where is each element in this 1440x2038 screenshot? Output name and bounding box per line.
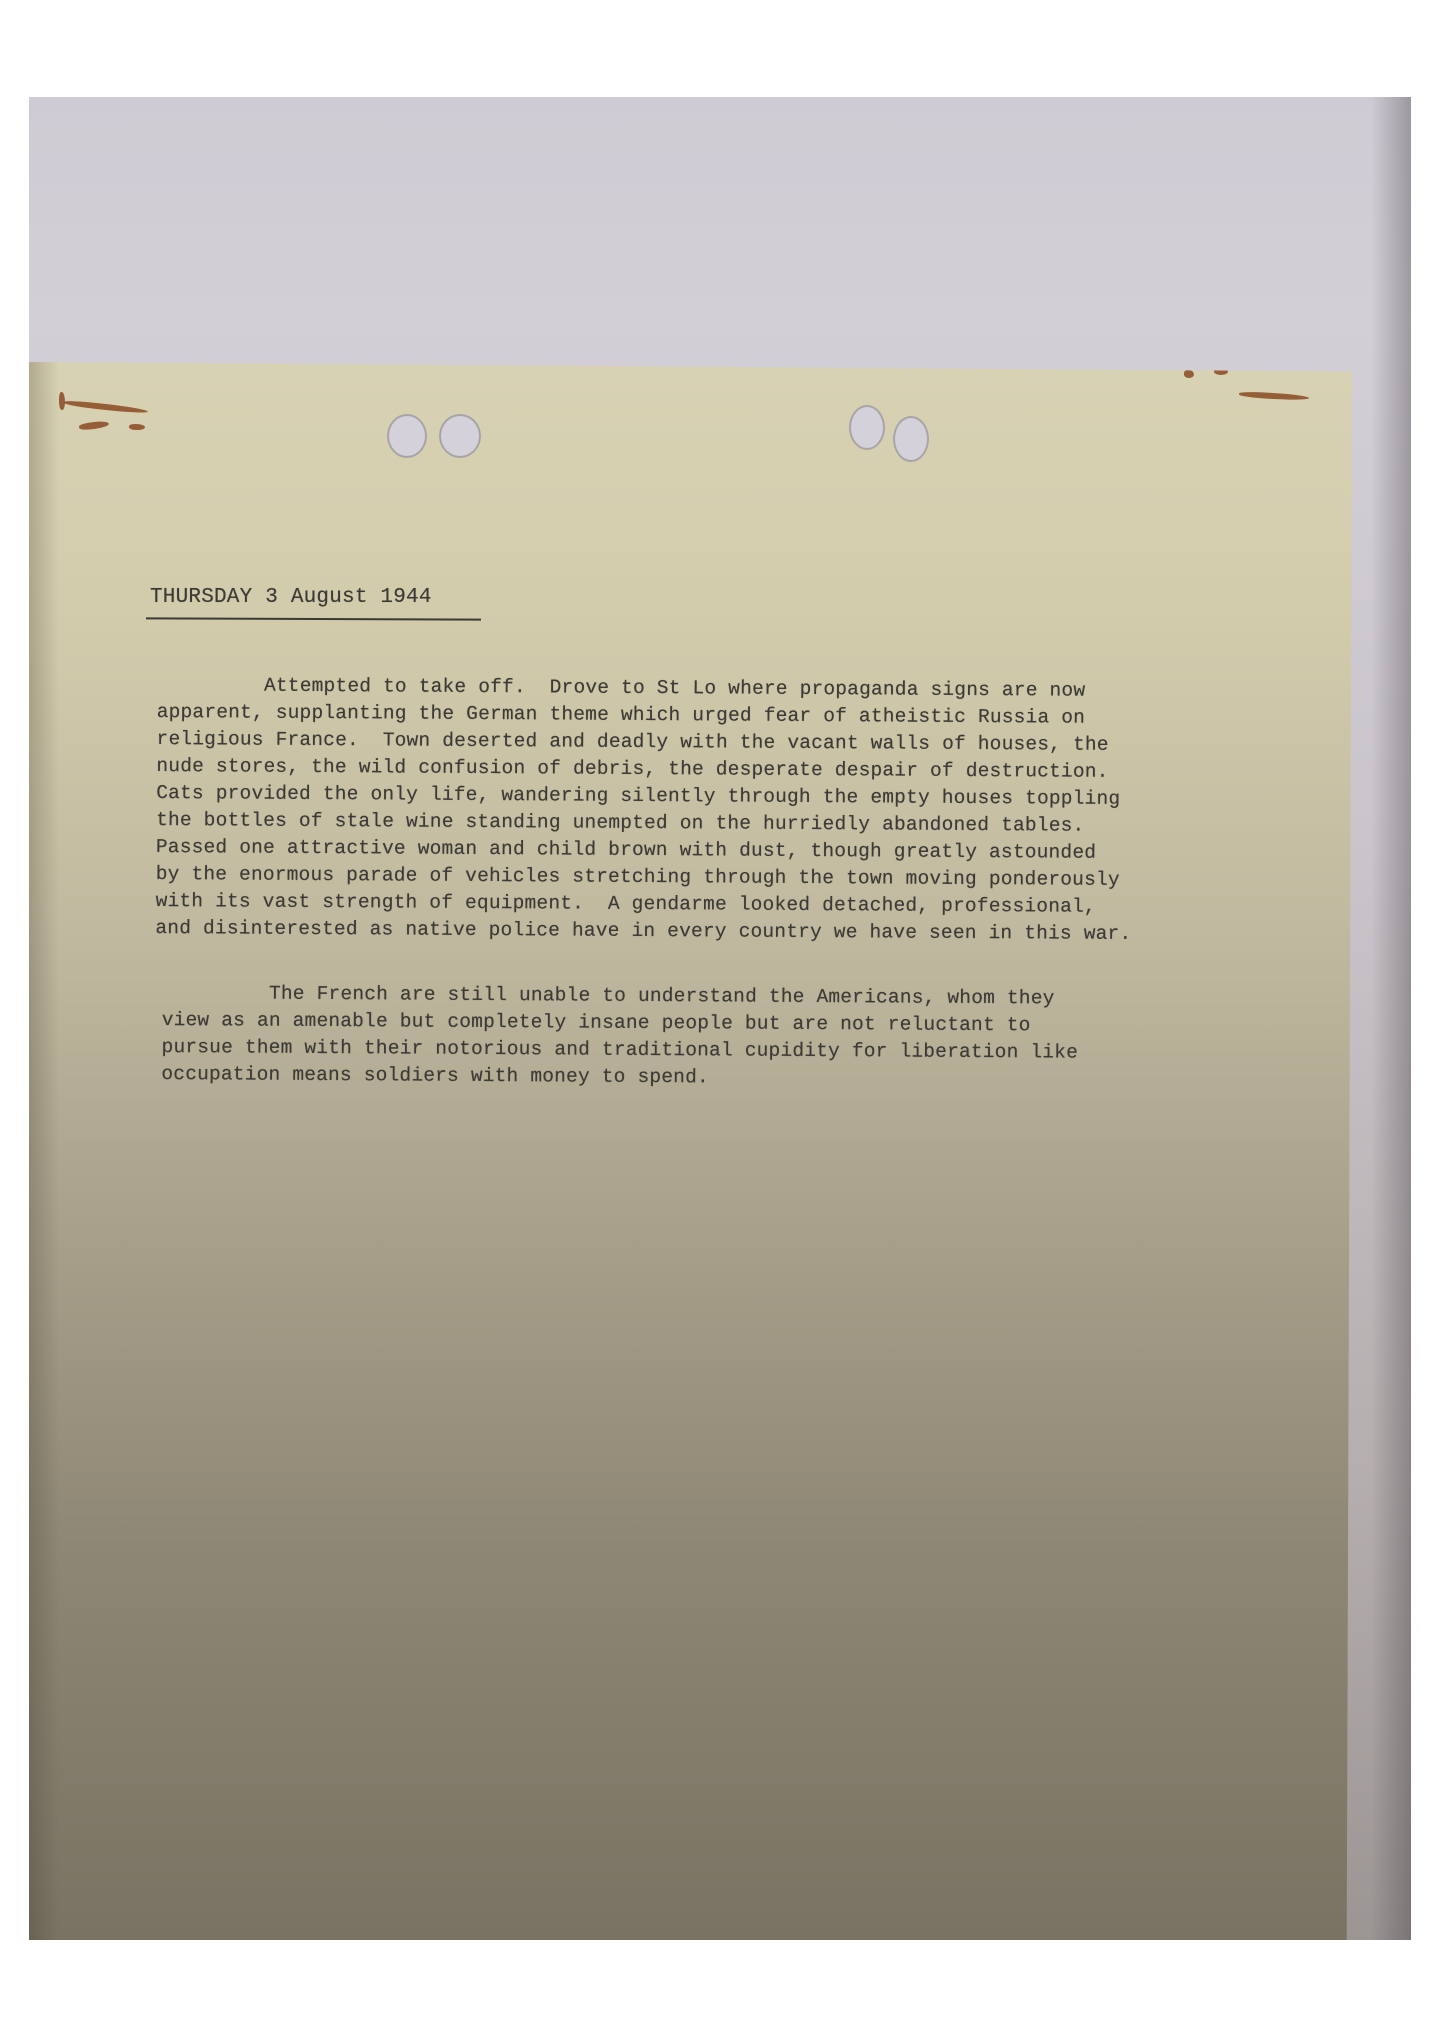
rust-stain-icon [79, 420, 110, 431]
text-line: occupation means soldiers with money to … [161, 1061, 709, 1090]
heading-underline [146, 617, 481, 620]
punch-hole-icon [893, 416, 929, 462]
rust-stain-icon [64, 400, 148, 415]
paragraph-2: The French are still unable to understan… [161, 980, 233, 1112]
rust-stain-icon [1184, 370, 1194, 378]
typed-page: THURSDAY 3 August 1944 Attempted to take… [29, 362, 1352, 1940]
paragraph-1: Attempted to take off. Drove to St Lo wh… [155, 672, 228, 936]
punch-hole-icon [849, 405, 885, 450]
backdrop-shadow [1371, 97, 1411, 1940]
text-line: view as an amenable but completely insan… [162, 1007, 1031, 1038]
document-photo: THURSDAY 3 August 1944 Attempted to take… [29, 97, 1411, 1940]
rust-stain-icon [129, 424, 145, 430]
text-line: The French are still unable to understan… [162, 980, 1055, 1011]
rust-stain-icon [59, 392, 65, 410]
rust-stain-icon [1214, 367, 1228, 375]
text-line: and disinterested as native police have … [155, 915, 1131, 947]
rust-stain-icon [1239, 391, 1309, 401]
entry-date-heading: THURSDAY 3 August 1944 [150, 586, 432, 609]
punch-hole-icon [387, 414, 427, 458]
punch-hole-icon [439, 414, 481, 458]
page-edge-shadow [29, 362, 59, 1940]
